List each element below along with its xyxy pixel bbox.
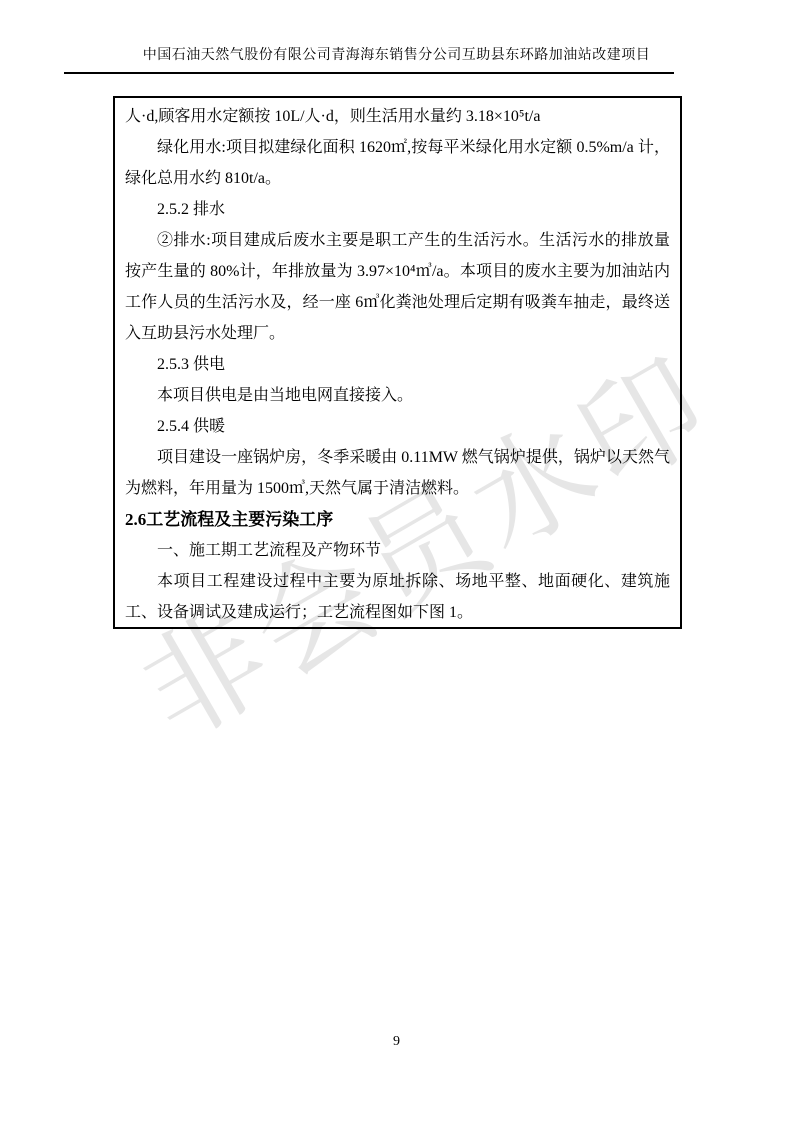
paragraph-power-supply-detail: 本项目供电是由当地电网直接接入。 [125, 380, 670, 411]
section-heading-2-6-process-flow: 2.6工艺流程及主要污染工序 [125, 504, 670, 535]
paragraph-drainage-detail: ②排水:项目建成后废水主要是职工产生的生活污水。生活污水的排放量按产生量的 80… [125, 225, 670, 349]
page-number: 9 [393, 1034, 400, 1049]
paragraph-construction-process-detail: 本项目工程建设过程中主要为原址拆除、场地平整、地面硬化、建筑施工、设备调试及建成… [125, 566, 670, 628]
section-heading-2-5-4-heating: 2.5.4 供暖 [125, 411, 670, 442]
paragraph-greening-water: 绿化用水:项目拟建绿化面积 1620㎡,按每平米绿化用水定额 0.5%m/a 计… [125, 132, 670, 194]
page-footer: 9 [0, 1034, 793, 1050]
section-heading-2-5-2-drainage: 2.5.2 排水 [125, 194, 670, 225]
header-divider-line [64, 72, 674, 74]
paragraph-water-quota-continuation: 人·d,顾客用水定额按 10L/人·d，则生活用水量约 3.18×10⁵t/a [125, 101, 670, 132]
document-page: 非会员水印 中国石油天然气股份有限公司青海海东销售分公司互助县东环路加油站改建项… [0, 0, 793, 1122]
content-table: 人·d,顾客用水定额按 10L/人·d，则生活用水量约 3.18×10⁵t/a … [113, 96, 682, 629]
section-heading-2-5-3-power-supply: 2.5.3 供电 [125, 349, 670, 380]
paragraph-heating-detail: 项目建设一座锅炉房，冬季采暖由 0.11MW 燃气锅炉提供，锅炉以天然气为燃料，… [125, 442, 670, 504]
paragraph-construction-phase-subtitle: 一、施工期工艺流程及产物环节 [125, 535, 670, 566]
document-header-title: 中国石油天然气股份有限公司青海海东销售分公司互助县东环路加油站改建项目 [0, 44, 793, 64]
